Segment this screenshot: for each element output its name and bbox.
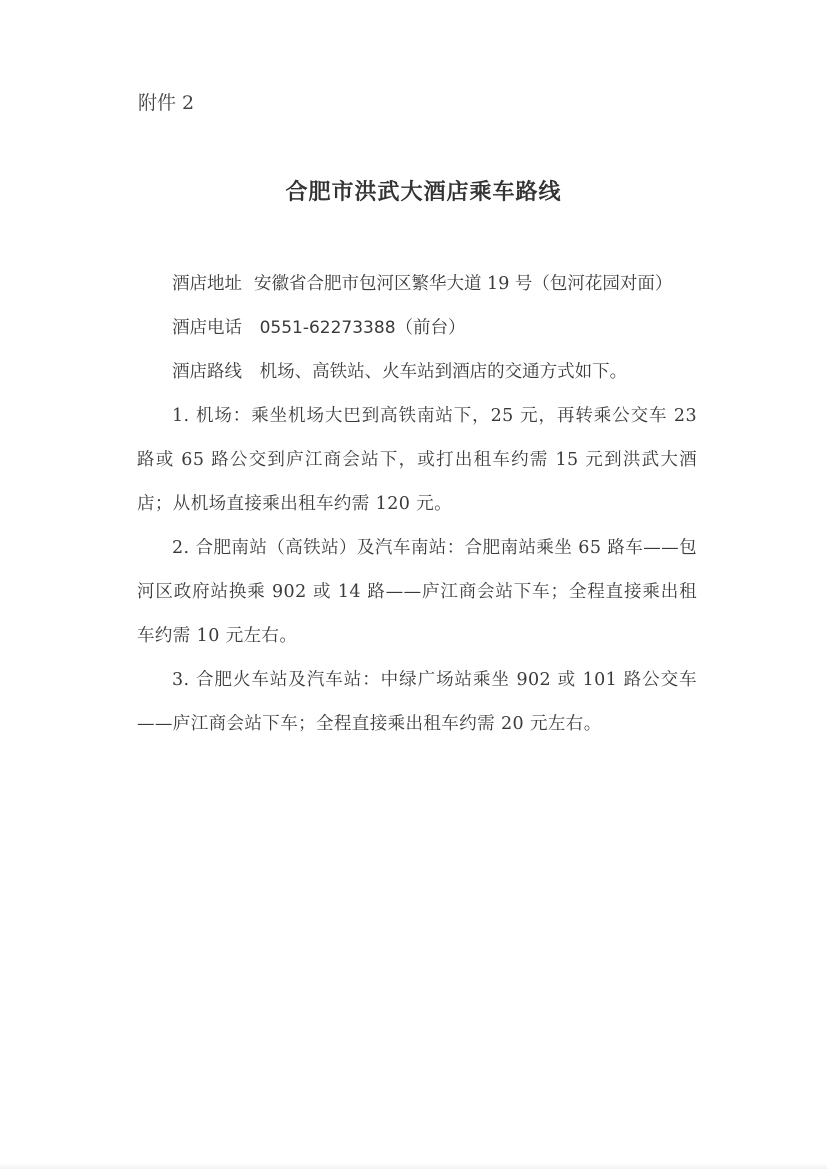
document-page: 附件 2 合肥市洪武大酒店乘车路线 酒店地址安徽省合肥市包河区繁华大道 19 号…: [0, 0, 827, 1169]
attachment-label: 附件 2: [138, 88, 194, 115]
document-title: 合肥市洪武大酒店乘车路线: [0, 175, 827, 206]
address-label: 酒店地址: [172, 274, 242, 294]
route-item-3: 3. 合肥火车站及汽车站：中绿广场站乘坐 902 或 101 路公交车——庐江商…: [137, 658, 697, 746]
route-paragraph: 酒店路线 机场、高铁站、火车站到酒店的交通方式如下。: [137, 350, 697, 394]
route-label: 酒店路线: [172, 362, 242, 382]
document-body: 酒店地址安徽省合肥市包河区繁华大道 19 号（包河花园对面） 酒店电话 0551…: [137, 262, 697, 746]
address-value: 安徽省合肥市包河区繁华大道 19 号（包河花园对面）: [254, 274, 672, 294]
route-item-1: 1. 机场：乘坐机场大巴到高铁南站下，25 元，再转乘公交车 23 路或 65 …: [137, 394, 697, 526]
phone-number: 0551-62273388: [260, 318, 396, 338]
phone-note: （前台）: [396, 318, 466, 338]
route-value: 机场、高铁站、火车站到酒店的交通方式如下。: [260, 362, 628, 382]
route-item-number: 2.: [172, 538, 190, 558]
route-item-2: 2. 合肥南站（高铁站）及汽车南站：合肥南站乘坐 65 路车——包河区政府站换乘…: [137, 526, 697, 658]
phone-label: 酒店电话: [172, 318, 242, 338]
address-paragraph: 酒店地址安徽省合肥市包河区繁华大道 19 号（包河花园对面）: [137, 262, 697, 306]
route-item-text: 合肥火车站及汽车站：中绿广场站乘坐 902 或 101 路公交车——庐江商会站下…: [137, 670, 697, 734]
phone-paragraph: 酒店电话 0551-62273388（前台）: [137, 306, 697, 350]
route-item-number: 3.: [172, 670, 190, 690]
route-item-number: 1.: [172, 406, 190, 426]
scan-edge: [0, 1163, 827, 1169]
route-item-text: 机场：乘坐机场大巴到高铁南站下，25 元，再转乘公交车 23 路或 65 路公交…: [137, 406, 697, 514]
route-item-text: 合肥南站（高铁站）及汽车南站：合肥南站乘坐 65 路车——包河区政府站换乘 90…: [137, 538, 697, 646]
